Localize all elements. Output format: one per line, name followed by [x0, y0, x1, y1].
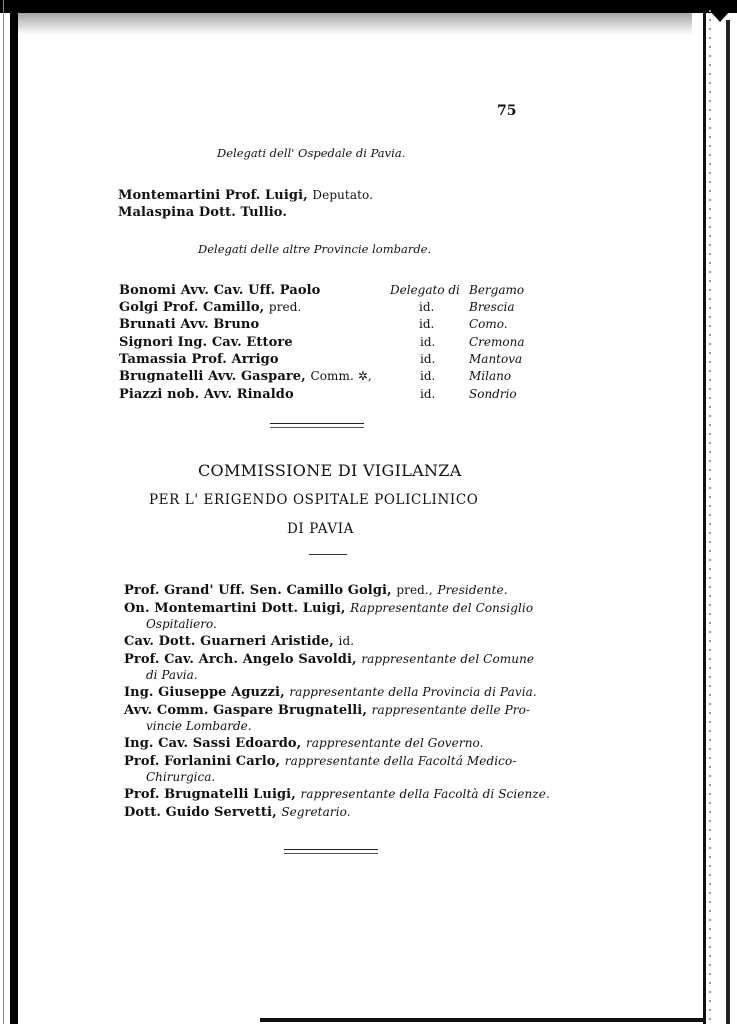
- member-role: rappresentante delle Pro-: [372, 703, 531, 717]
- delegate-province: Bergamo: [469, 284, 524, 296]
- member-role: rappresentante della Facoltà di Scienze.: [300, 787, 549, 801]
- delegate-row: Brunati Avv. Bruno: [119, 318, 259, 331]
- commission-subtitle: PER L' ERIGENDO OSPITALE POLICLINICO: [149, 494, 478, 508]
- scan-edge-left-thin: [3, 0, 4, 1024]
- delegate-role: id.: [419, 301, 434, 313]
- member-role-continuation: Ospitaliero.: [146, 618, 217, 630]
- delegate-province: Milano: [469, 370, 511, 382]
- section-heading-provincie: Delegati delle altre Provincie lombarde.: [198, 244, 431, 256]
- member-note: pred.,: [396, 583, 432, 597]
- member-name: On. Montemartini Dott. Luigi,: [124, 601, 346, 616]
- delegate-note: pred.: [269, 300, 302, 314]
- scan-edge-top: [0, 0, 737, 13]
- member-name: Dott. Guido Servetti,: [124, 805, 277, 820]
- member-role: rappresentante del Governo.: [306, 736, 484, 750]
- delegate-role: id.: [420, 336, 435, 348]
- commission-place: DI PAVIA: [287, 523, 354, 537]
- member-name: Ing. Cav. Sassi Edoardo,: [124, 736, 301, 751]
- divider-rule-end: [284, 849, 378, 854]
- member-role-continuation: vincie Lombarde.: [146, 720, 252, 732]
- delegate-note: Deputato.: [312, 188, 373, 202]
- delegate-name: Malaspina Dott. Tullio.: [118, 205, 287, 220]
- book-edge-right: [726, 20, 730, 1024]
- delegate-name: Golgi Prof. Camillo,: [119, 300, 264, 315]
- commission-member: Prof. Grand' Uff. Sen. Camillo Golgi, pr…: [124, 584, 508, 597]
- commission-member: Cav. Dott. Guarneri Aristide, id.: [124, 635, 354, 648]
- member-role: rappresentante della Facoltá Medico-: [285, 754, 517, 768]
- commission-member: Avv. Comm. Gaspare Brugnatelli, rapprese…: [124, 704, 530, 717]
- book-spine-edge: [10, 10, 18, 1024]
- commission-member: On. Montemartini Dott. Luigi, Rappresent…: [124, 602, 533, 615]
- delegate-name: Montemartini Prof. Luigi,: [118, 188, 308, 203]
- delegate-entry: Montemartini Prof. Luigi, Deputato.: [118, 189, 373, 202]
- delegate-row: Bonomi Avv. Cav. Uff. Paolo: [119, 284, 320, 297]
- member-role: rappresentante del Comune: [361, 652, 534, 666]
- member-role: rappresentante della Provincia di Pavia.: [289, 685, 536, 699]
- delegate-note: Comm. ✲,: [310, 369, 371, 383]
- delegate-name: Tamassia Prof. Arrigo: [119, 352, 279, 367]
- scan-shadow-top: [12, 13, 692, 35]
- member-role: Presidente.: [437, 583, 507, 597]
- delegate-province: Cremona: [469, 336, 525, 348]
- delegate-province: Sondrio: [469, 388, 517, 400]
- delegate-role: Delegato di: [390, 284, 460, 296]
- delegate-row: Piazzi nob. Avv. Rinaldo: [119, 388, 294, 401]
- page-edge-speckle: [709, 10, 711, 1024]
- member-role-continuation: di Pavia.: [146, 669, 198, 681]
- member-name: Avv. Comm. Gaspare Brugnatelli,: [124, 703, 367, 718]
- member-role: Rappresentante del Consiglio: [350, 601, 533, 615]
- delegate-role: id.: [419, 318, 434, 330]
- delegate-role: id.: [420, 370, 435, 382]
- commission-member: Prof. Cav. Arch. Angelo Savoldi, rappres…: [124, 653, 534, 666]
- page-edge-right: [703, 10, 706, 1024]
- delegate-role: id.: [420, 353, 435, 365]
- commission-member: Prof. Brugnatelli Luigi, rappresentante …: [124, 788, 550, 801]
- delegate-name: Bonomi Avv. Cav. Uff. Paolo: [119, 283, 320, 298]
- commission-member: Ing. Cav. Sassi Edoardo, rappresentante …: [124, 737, 484, 750]
- delegate-row: Golgi Prof. Camillo, pred.: [119, 301, 301, 314]
- member-note: id.: [339, 634, 355, 648]
- member-name: Prof. Grand' Uff. Sen. Camillo Golgi,: [124, 583, 392, 598]
- member-role-continuation: Chirurgica.: [146, 771, 215, 783]
- page-corner-fold: [712, 0, 732, 22]
- member-name: Ing. Giuseppe Aguzzi,: [124, 685, 285, 700]
- delegate-province: Como.: [469, 318, 508, 330]
- member-role: Segretario.: [281, 805, 350, 819]
- delegate-name: Piazzi nob. Avv. Rinaldo: [119, 387, 294, 402]
- delegate-province: Brescia: [469, 301, 515, 313]
- delegate-name: Signori Ing. Cav. Ettore: [119, 335, 293, 350]
- section-heading-ospedale: Delegati dell' Ospedale di Pavia.: [217, 148, 405, 160]
- delegate-row: Signori Ing. Cav. Ettore: [119, 336, 293, 349]
- short-divider: [309, 554, 347, 555]
- page-edge-bottom: [260, 1018, 705, 1022]
- commission-member: Ing. Giuseppe Aguzzi, rappresentante del…: [124, 686, 537, 699]
- delegate-row: Brugnatelli Avv. Gaspare, Comm. ✲,: [119, 370, 372, 383]
- delegate-entry: Malaspina Dott. Tullio.: [118, 206, 287, 219]
- delegate-province: Mantova: [469, 353, 522, 365]
- member-name: Cav. Dott. Guarneri Aristide,: [124, 634, 334, 649]
- divider-rule: [270, 423, 364, 428]
- delegate-role: id.: [420, 388, 435, 400]
- member-name: Prof. Cav. Arch. Angelo Savoldi,: [124, 652, 357, 667]
- member-name: Prof. Forlanini Carlo,: [124, 754, 280, 769]
- commission-member: Prof. Forlanini Carlo, rappresentante de…: [124, 755, 516, 768]
- commission-member: Dott. Guido Servetti, Segretario.: [124, 806, 351, 819]
- page-number: 75: [497, 104, 516, 118]
- delegate-name: Brugnatelli Avv. Gaspare,: [119, 369, 306, 384]
- member-name: Prof. Brugnatelli Luigi,: [124, 787, 296, 802]
- commission-title: COMMISSIONE DI VIGILANZA: [198, 463, 462, 479]
- delegate-name: Brunati Avv. Bruno: [119, 317, 259, 332]
- delegate-row: Tamassia Prof. Arrigo: [119, 353, 279, 366]
